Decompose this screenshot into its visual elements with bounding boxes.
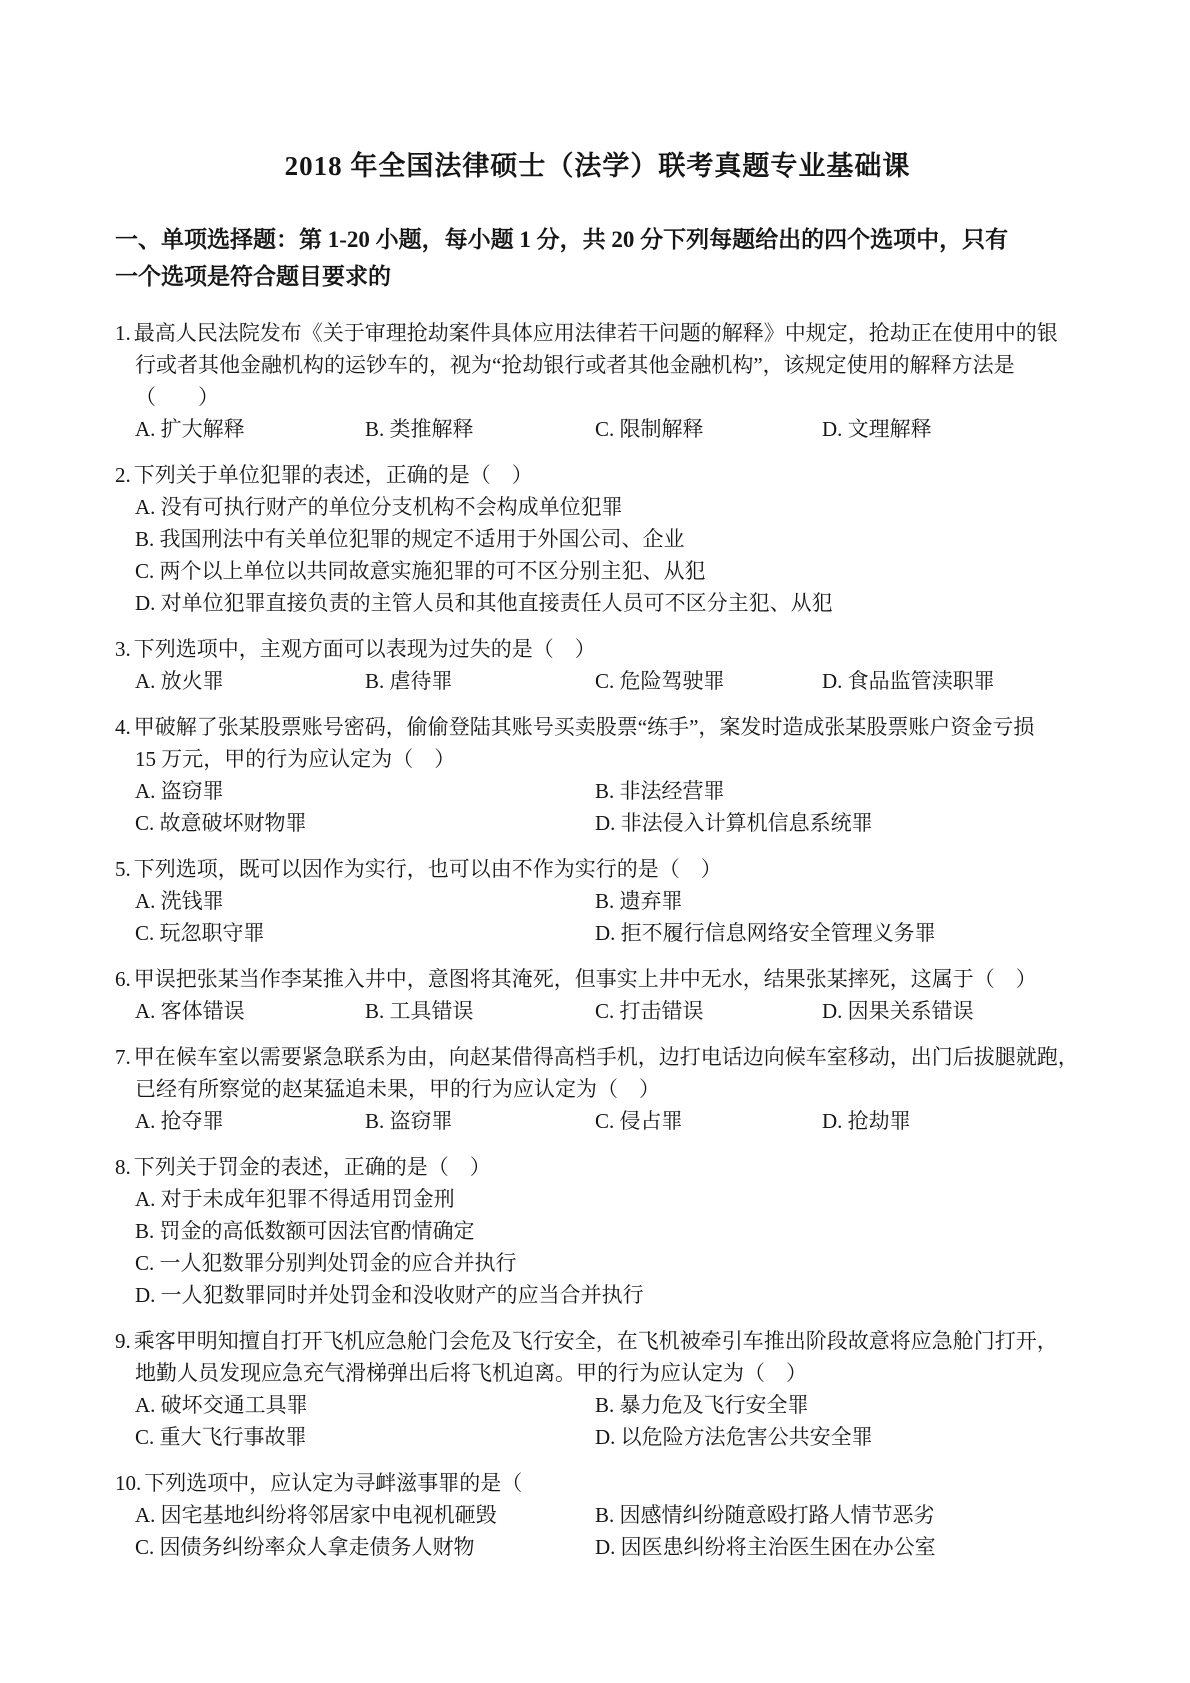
- option-a: A. 抢夺罪: [135, 1105, 365, 1137]
- question-number: 2.: [115, 463, 131, 487]
- question-number: 9.: [115, 1329, 131, 1353]
- question-stem-continuation: （ ）: [115, 381, 1080, 413]
- question-number: 3.: [115, 637, 131, 661]
- option-a: A. 因宅基地纠纷将邻居家中电视机砸毁: [135, 1499, 595, 1531]
- option-a: A. 扩大解释: [135, 413, 365, 445]
- question-stem: 5.下列选项，既可以因作为实行，也可以由不作为实行的是（ ）: [115, 853, 1080, 885]
- question-stem: 6.甲误把张某当作李某推入井中，意图将其淹死，但事实上井中无水，结果张某摔死，这…: [115, 963, 1080, 995]
- option-b: B. 暴力危及飞行安全罪: [595, 1389, 1080, 1421]
- question-stem: 8.下列关于罚金的表述，正确的是（ ）: [115, 1151, 1080, 1183]
- question-stem: 9.乘客甲明知擅自打开飞机应急舱门会危及飞行安全，在飞机被牵引车推出阶段故意将应…: [115, 1325, 1080, 1357]
- options: A. 因宅基地纠纷将邻居家中电视机砸毁B. 因感情纠纷随意殴打路人情节恶劣C. …: [115, 1499, 1080, 1563]
- option-c: C. 玩忽职守罪: [135, 917, 595, 949]
- question-stem-text: 甲误把张某当作李某推入井中，意图将其淹死，但事实上井中无水，结果张某摔死，这属于…: [134, 967, 1037, 991]
- option-d: D. 因医患纠纷将主治医生困在办公室: [595, 1531, 1080, 1563]
- option-d: D. 对单位犯罪直接负责的主管人员和其他直接责任人员可不区分主犯、从犯: [135, 587, 1080, 619]
- option-b: B. 类推解释: [365, 413, 595, 445]
- option-d: D. 以危险方法危害公共安全罪: [595, 1421, 1080, 1453]
- question-stem-text: 下列选项，既可以因作为实行，也可以由不作为实行的是（ ）: [134, 857, 722, 881]
- question-number: 5.: [115, 857, 131, 881]
- question-stem: 3.下列选项中，主观方面可以表现为过失的是（ ）: [115, 633, 1080, 665]
- option-a: A. 洗钱罪: [135, 885, 595, 917]
- question-stem: 2.下列关于单位犯罪的表述，正确的是（ ）: [115, 459, 1080, 491]
- section-heading-line1: 一、单项选择题：第 1-20 小题，每小题 1 分，共 20 分下列每题给出的四…: [115, 221, 1080, 258]
- options: A. 洗钱罪B. 遗弃罪C. 玩忽职守罪D. 拒不履行信息网络安全管理义务罪: [115, 885, 1080, 949]
- option-b: B. 因感情纠纷随意殴打路人情节恶劣: [595, 1499, 1080, 1531]
- question-stem-continuation: 已经有所察觉的赵某猛追未果，甲的行为应认定为（ ）: [115, 1073, 1080, 1105]
- option-b: B. 虐待罪: [365, 665, 595, 697]
- section-heading: 一、单项选择题：第 1-20 小题，每小题 1 分，共 20 分下列每题给出的四…: [115, 221, 1080, 295]
- option-c: C. 危险驾驶罪: [595, 665, 822, 697]
- question-stem-continuation: 行或者其他金融机构的运钞车的，视为“抢劫银行或者其他金融机构”，该规定使用的解释…: [115, 349, 1080, 381]
- question-stem-text: 甲破解了张某股票账号密码，偷偷登陆其账号买卖股票“练手”，案发时造成张某股票账户…: [134, 715, 1035, 739]
- options: A. 对于未成年犯罪不得适用罚金刑B. 罚金的高低数额可因法官酌情确定C. 一人…: [115, 1183, 1080, 1311]
- question-5: 5.下列选项，既可以因作为实行，也可以由不作为实行的是（ ）A. 洗钱罪B. 遗…: [115, 853, 1080, 949]
- question-number: 10.: [115, 1471, 141, 1495]
- options: A. 盗窃罪B. 非法经营罪C. 故意破坏财物罪D. 非法侵入计算机信息系统罪: [115, 775, 1080, 839]
- options: A. 破坏交通工具罪B. 暴力危及飞行安全罪C. 重大飞行事故罪D. 以危险方法…: [115, 1389, 1080, 1453]
- question-stem-text: 下列选项中，主观方面可以表现为过失的是（ ）: [134, 637, 596, 661]
- option-c: C. 打击错误: [595, 995, 822, 1027]
- options: A. 扩大解释B. 类推解释C. 限制解释D. 文理解释: [115, 413, 1080, 445]
- option-a: A. 放火罪: [135, 665, 365, 697]
- option-d: D. 因果关系错误: [822, 995, 1080, 1027]
- option-c: C. 一人犯数罪分别判处罚金的应合并执行: [135, 1247, 1080, 1279]
- question-stem-continuation: 地勤人员发现应急充气滑梯弹出后将飞机迫离。甲的行为应认定为（ ）: [115, 1357, 1080, 1389]
- option-c: C. 重大飞行事故罪: [135, 1421, 595, 1453]
- option-c: C. 故意破坏财物罪: [135, 807, 595, 839]
- question-stem-text: 下列关于罚金的表述，正确的是（ ）: [134, 1155, 491, 1179]
- question-number: 1.: [115, 321, 131, 345]
- option-d: D. 食品监管渎职罪: [822, 665, 1080, 697]
- page-title: 2018 年全国法律硕士（法学）联考真题专业基础课: [115, 147, 1080, 185]
- question-8: 8.下列关于罚金的表述，正确的是（ ）A. 对于未成年犯罪不得适用罚金刑B. 罚…: [115, 1151, 1080, 1311]
- question-stem-text: 乘客甲明知擅自打开飞机应急舱门会危及飞行安全，在飞机被牵引车推出阶段故意将应急舱…: [134, 1329, 1058, 1353]
- option-a: A. 盗窃罪: [135, 775, 595, 807]
- question-stem-text: 下列选项中，应认定为寻衅滋事罪的是（: [144, 1471, 522, 1495]
- question-2: 2.下列关于单位犯罪的表述，正确的是（ ）A. 没有可执行财产的单位分支机构不会…: [115, 459, 1080, 619]
- question-number: 8.: [115, 1155, 131, 1179]
- options: A. 放火罪B. 虐待罪C. 危险驾驶罪D. 食品监管渎职罪: [115, 665, 1080, 697]
- option-d: D. 非法侵入计算机信息系统罪: [595, 807, 1080, 839]
- option-b: B. 我国刑法中有关单位犯罪的规定不适用于外国公司、企业: [135, 523, 1080, 555]
- option-b: B. 非法经营罪: [595, 775, 1080, 807]
- option-c: C. 限制解释: [595, 413, 822, 445]
- option-b: B. 盗窃罪: [365, 1105, 595, 1137]
- question-number: 4.: [115, 715, 131, 739]
- option-b: B. 罚金的高低数额可因法官酌情确定: [135, 1215, 1080, 1247]
- question-stem: 7.甲在候车室以需要紧急联系为由，向赵某借得高档手机，边打电话边向候车室移动，出…: [115, 1041, 1080, 1073]
- question-list: 1.最高人民法院发布《关于审理抢劫案件具体应用法律若干问题的解释》中规定，抢劫正…: [115, 317, 1080, 1563]
- option-a: A. 客体错误: [135, 995, 365, 1027]
- question-10: 10.下列选项中，应认定为寻衅滋事罪的是（A. 因宅基地纠纷将邻居家中电视机砸毁…: [115, 1467, 1080, 1563]
- options: A. 客体错误B. 工具错误C. 打击错误D. 因果关系错误: [115, 995, 1080, 1027]
- options: A. 没有可执行财产的单位分支机构不会构成单位犯罪B. 我国刑法中有关单位犯罪的…: [115, 491, 1080, 619]
- option-b: B. 遗弃罪: [595, 885, 1080, 917]
- question-number: 7.: [115, 1045, 131, 1069]
- option-d: D. 一人犯数罪同时并处罚金和没收财产的应当合并执行: [135, 1279, 1080, 1311]
- option-c: C. 两个以上单位以共同故意实施犯罪的可不区分别主犯、从犯: [135, 555, 1080, 587]
- question-6: 6.甲误把张某当作李某推入井中，意图将其淹死，但事实上井中无水，结果张某摔死，这…: [115, 963, 1080, 1027]
- question-stem-text: 最高人民法院发布《关于审理抢劫案件具体应用法律若干问题的解释》中规定，抢劫正在使…: [134, 321, 1058, 345]
- section-heading-line2: 一个选项是符合题目要求的: [115, 258, 1080, 295]
- option-d: D. 抢劫罪: [822, 1105, 1080, 1137]
- question-number: 6.: [115, 967, 131, 991]
- question-stem: 4.甲破解了张某股票账号密码，偷偷登陆其账号买卖股票“练手”，案发时造成张某股票…: [115, 711, 1080, 743]
- question-1: 1.最高人民法院发布《关于审理抢劫案件具体应用法律若干问题的解释》中规定，抢劫正…: [115, 317, 1080, 445]
- option-d: D. 文理解释: [822, 413, 1080, 445]
- question-9: 9.乘客甲明知擅自打开飞机应急舱门会危及飞行安全，在飞机被牵引车推出阶段故意将应…: [115, 1325, 1080, 1453]
- option-c: C. 因债务纠纷率众人拿走债务人财物: [135, 1531, 595, 1563]
- option-b: B. 工具错误: [365, 995, 595, 1027]
- option-a: A. 破坏交通工具罪: [135, 1389, 595, 1421]
- option-a: A. 没有可执行财产的单位分支机构不会构成单位犯罪: [135, 491, 1080, 523]
- option-d: D. 拒不履行信息网络安全管理义务罪: [595, 917, 1080, 949]
- question-stem-text: 下列关于单位犯罪的表述，正确的是（ ）: [134, 463, 533, 487]
- question-stem-continuation: 15 万元，甲的行为应认定为（ ）: [115, 743, 1080, 775]
- question-stem-text: 甲在候车室以需要紧急联系为由，向赵某借得高档手机，边打电话边向候车室移动，出门后…: [134, 1045, 1079, 1069]
- options: A. 抢夺罪B. 盗窃罪C. 侵占罪D. 抢劫罪: [115, 1105, 1080, 1137]
- question-4: 4.甲破解了张某股票账号密码，偷偷登陆其账号买卖股票“练手”，案发时造成张某股票…: [115, 711, 1080, 839]
- option-a: A. 对于未成年犯罪不得适用罚金刑: [135, 1183, 1080, 1215]
- question-stem: 1.最高人民法院发布《关于审理抢劫案件具体应用法律若干问题的解释》中规定，抢劫正…: [115, 317, 1080, 349]
- question-stem: 10.下列选项中，应认定为寻衅滋事罪的是（: [115, 1467, 1080, 1499]
- question-3: 3.下列选项中，主观方面可以表现为过失的是（ ）A. 放火罪B. 虐待罪C. 危…: [115, 633, 1080, 697]
- option-c: C. 侵占罪: [595, 1105, 822, 1137]
- exam-page: 2018 年全国法律硕士（法学）联考真题专业基础课 一、单项选择题：第 1-20…: [0, 0, 1190, 1683]
- question-7: 7.甲在候车室以需要紧急联系为由，向赵某借得高档手机，边打电话边向候车室移动，出…: [115, 1041, 1080, 1137]
